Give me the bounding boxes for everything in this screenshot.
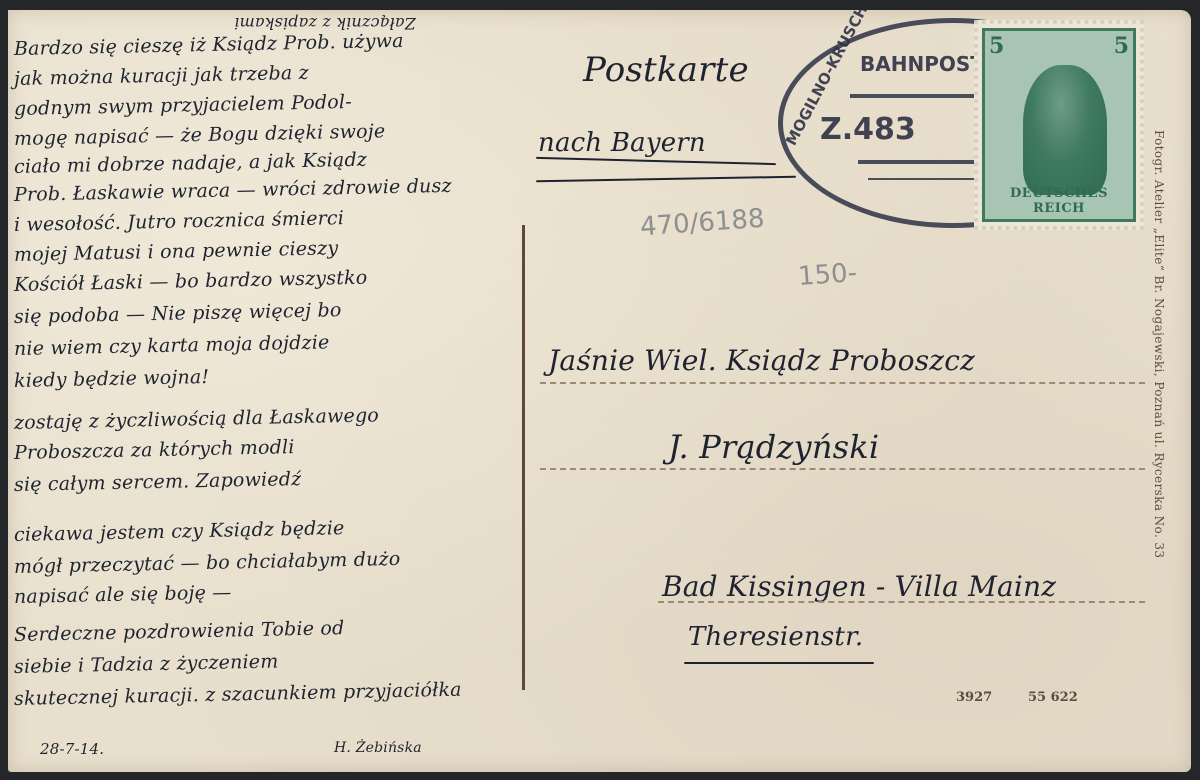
message-line: mogę napisać — że Bogu dzięki swoje bbox=[14, 120, 386, 150]
signature: H. Żebińska bbox=[334, 740, 422, 756]
publisher-imprint: Fotogr. Atelier „Elite“ Br. Nogajewski, … bbox=[1152, 130, 1166, 558]
message-line: mógł przeczytać — bo chciałabym dużo bbox=[14, 548, 401, 578]
message-line: Bardzo się cieszę iż Ksiądz Prob. używa bbox=[14, 30, 404, 60]
address-dotted-line bbox=[540, 382, 1145, 384]
message-line: ciekawa jestem czy Ksiądz będzie bbox=[14, 517, 345, 546]
postage-stamp: 5 5 DEUTSCHES REICH bbox=[974, 20, 1144, 230]
print-number-left: 3927 bbox=[956, 690, 992, 705]
underline bbox=[536, 176, 796, 183]
postcard: Załącznik z zapiskami Bardzo się cieszę … bbox=[8, 10, 1191, 772]
message-line: napisać ale się boję — bbox=[14, 581, 232, 608]
address-line-2: J. Prądzyński bbox=[668, 428, 879, 466]
address-dotted-line bbox=[540, 468, 1145, 470]
message-line: i wesołość. Jutro rocznica śmierci bbox=[14, 207, 345, 236]
message-line: siebie i Tadzia z życzeniem bbox=[14, 650, 279, 678]
message-line: mojej Matusi i ona pewnie cieszy bbox=[14, 237, 339, 266]
message-line: zostaję z życzliwością dla Łaskawego bbox=[14, 404, 379, 434]
message-line: nie wiem czy karta moja dojdzie bbox=[14, 331, 330, 360]
message-line: Kościół Łaski — bo bardzo wszystko bbox=[14, 267, 368, 296]
message-line: Prob. Łaskawie wraca — wróci zdrowie dus… bbox=[14, 175, 452, 206]
message-line: skutecznej kuracji. z szacunkiem przyjac… bbox=[14, 679, 462, 710]
address-line-1: Jaśnie Wiel. Ksiądz Proboszcz bbox=[548, 344, 975, 377]
pencil-note-inventory: 470/6188 bbox=[639, 204, 765, 243]
destination-note: nach Bayern bbox=[538, 128, 706, 158]
postmark-train: Z.483 bbox=[820, 112, 916, 147]
germania-portrait-icon bbox=[1023, 65, 1107, 195]
stamp-value-left: 5 bbox=[989, 33, 1004, 59]
message-line: się podoba — Nie piszę więcej bo bbox=[14, 299, 342, 328]
message-line: jak można kuracji jak trzeba z bbox=[14, 62, 309, 90]
stamp-frame: 5 5 DEUTSCHES REICH bbox=[982, 28, 1136, 222]
message-line: się całym sercem. Zapowiedź bbox=[14, 468, 302, 496]
vertical-divider bbox=[522, 225, 525, 690]
print-number-right: 55 622 bbox=[1028, 690, 1078, 705]
address-dotted-line bbox=[658, 601, 1145, 603]
underline bbox=[536, 157, 776, 165]
message-line: Proboszcza za których modli bbox=[14, 436, 295, 464]
stamp-value-right: 5 bbox=[1114, 33, 1129, 59]
postmark-service: BAHNPOST bbox=[860, 52, 984, 76]
address-line-3: Bad Kissingen - Villa Mainz bbox=[662, 570, 1056, 603]
pencil-note-price: 150- bbox=[797, 258, 858, 292]
stamp-country: DEUTSCHES REICH bbox=[985, 186, 1133, 216]
message-line: ciało mi dobrze nadaje, a jak Ksiądz bbox=[14, 149, 367, 178]
postkarte-title: Postkarte bbox=[583, 50, 749, 90]
address-line-4: Theresienstr. bbox=[688, 622, 863, 652]
underline bbox=[684, 662, 874, 664]
message-date: 28-7-14. bbox=[40, 740, 104, 758]
message-line: kiedy będzie wojna! bbox=[14, 366, 210, 392]
message-line: Serdeczne pozdrowienia Tobie od bbox=[14, 617, 345, 646]
message-line: godnym swym przyjacielem Podol- bbox=[14, 91, 352, 120]
